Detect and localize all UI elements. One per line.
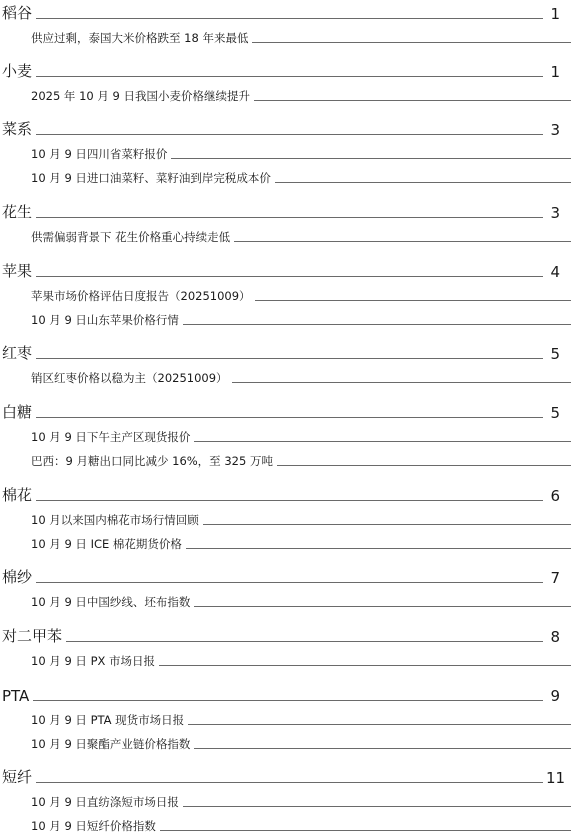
toc-section-heading[interactable]: 花生 3 xyxy=(0,202,572,222)
toc-entry-title: 10 月 9 日进口油菜籽、菜籽油到岸完税成本价 xyxy=(31,170,271,186)
toc-subentry[interactable]: 10 月 9 日进口油菜籽、菜籽油到岸完税成本价 3 xyxy=(0,170,572,186)
toc-entry-page-number: 4 xyxy=(546,263,560,281)
toc-subentry[interactable]: 10 月 9 日 ICE 棉花期货价格 7 xyxy=(0,536,572,552)
toc-section-heading[interactable]: 小麦 1 xyxy=(0,61,572,81)
toc-entry-title: 10 月 9 日下午主产区现货报价 xyxy=(31,429,190,445)
leader-line xyxy=(36,76,543,77)
toc-section-heading[interactable]: PTA 9 xyxy=(0,685,572,705)
toc-entry-title: 销区红枣价格以稳为主（20251009） xyxy=(31,370,228,386)
leader-line xyxy=(36,782,543,783)
toc-subentry[interactable]: 10 月 9 日 PTA 现货市场日报 9 xyxy=(0,712,572,728)
toc-section-heading[interactable]: 白糖 5 xyxy=(0,402,572,422)
leader-line xyxy=(36,18,543,19)
leader-line xyxy=(194,606,571,607)
leader-line xyxy=(36,582,543,583)
toc-entry-title: 短纤 xyxy=(2,766,32,787)
leader-line xyxy=(252,42,571,43)
toc-entry-page-number: 6 xyxy=(546,487,560,505)
toc-subentry[interactable]: 10 月 9 日中国纱线、坯布指数 7 xyxy=(0,594,572,610)
toc-section-heading[interactable]: 棉花 6 xyxy=(0,485,572,505)
toc-entry-title: 2025 年 10 月 9 日我国小麦价格继续提升 xyxy=(31,88,250,104)
toc-entry-title: 10 月 9 日直纺涤短市场日报 xyxy=(31,794,179,810)
toc-subentry[interactable]: 10 月 9 日 PX 市场日报 8 xyxy=(0,653,572,669)
toc-subentry[interactable]: 巴西：9 月糖出口同比减少 16%，至 325 万吨 5 xyxy=(0,453,572,469)
toc-entry-title: 10 月 9 日 PX 市场日报 xyxy=(31,653,155,669)
toc-entry-title: 对二甲苯 xyxy=(2,625,62,646)
toc-section-heading[interactable]: 棉纱 7 xyxy=(0,567,572,587)
toc-entry-title: 苹果市场价格评估日度报告（20251009） xyxy=(31,288,251,304)
leader-line xyxy=(203,524,571,525)
leader-line xyxy=(171,158,571,159)
toc-entry-title: 10 月 9 日四川省菜籽报价 xyxy=(31,146,167,162)
leader-line xyxy=(66,641,543,642)
toc-entry-title: 巴西：9 月糖出口同比减少 16%，至 325 万吨 xyxy=(31,453,273,469)
toc-subentry[interactable]: 10 月 9 日下午主产区现货报价 5 xyxy=(0,429,572,445)
toc-entry-title: 红枣 xyxy=(2,342,32,363)
toc-entry-page-number: 9 xyxy=(546,687,560,705)
leader-line xyxy=(33,700,543,701)
leader-line xyxy=(36,500,543,501)
leader-line xyxy=(194,441,571,442)
toc-entry-page-number: 1 xyxy=(546,5,560,23)
toc-entry-title: 供需偏弱背景下 花生价格重心持续走低 xyxy=(31,229,230,245)
toc-entry-title: 10 月以来国内棉花市场行情回顾 xyxy=(31,512,199,528)
toc-entry-title: 10 月 9 日聚酯产业链价格指数 xyxy=(31,736,190,752)
toc-entry-title: 苹果 xyxy=(2,260,32,281)
toc-entry-title: 棉纱 xyxy=(2,566,32,587)
toc-entry-title: 棉花 xyxy=(2,484,32,505)
leader-line xyxy=(159,665,571,666)
toc-section-heading[interactable]: 短纤 11 xyxy=(0,767,572,787)
toc-entry-title: 10 月 9 日 PTA 现货市场日报 xyxy=(31,712,184,728)
toc-subentry[interactable]: 供需偏弱背景下 花生价格重心持续走低 3 xyxy=(0,229,572,245)
toc-section-heading[interactable]: 菜系 3 xyxy=(0,119,572,139)
toc-section-heading[interactable]: 苹果 4 xyxy=(0,261,572,281)
leader-line xyxy=(183,324,571,325)
toc-entry-title: 10 月 9 日中国纱线、坯布指数 xyxy=(31,594,190,610)
toc-entry-title: 菜系 xyxy=(2,118,32,139)
toc-section-heading[interactable]: 红枣 5 xyxy=(0,343,572,363)
toc-subentry[interactable]: 10 月 9 日直纺涤短市场日报 11 xyxy=(0,794,572,810)
toc-entry-page-number: 11 xyxy=(546,769,560,787)
toc-entry-page-number: 5 xyxy=(546,404,560,422)
leader-line xyxy=(194,748,571,749)
toc-subentry[interactable]: 销区红枣价格以稳为主（20251009） 5 xyxy=(0,370,572,386)
leader-line xyxy=(188,724,571,725)
toc-entry-page-number: 8 xyxy=(546,628,560,646)
toc-entry-page-number: 1 xyxy=(546,63,560,81)
leader-line xyxy=(234,241,571,242)
leader-line xyxy=(275,182,571,183)
toc-entry-title: 10 月 9 日短纤价格指数 xyxy=(31,818,156,834)
toc-entry-title: 10 月 9 日山东苹果价格行情 xyxy=(31,312,179,328)
leader-line xyxy=(36,217,543,218)
leader-line xyxy=(254,100,571,101)
toc-entry-title: 10 月 9 日 ICE 棉花期货价格 xyxy=(31,536,182,552)
leader-line xyxy=(36,134,543,135)
toc-subentry[interactable]: 10 月 9 日聚酯产业链价格指数 10 xyxy=(0,736,572,752)
toc-section-heading[interactable]: 稻谷 1 xyxy=(0,3,572,23)
toc-entry-page-number: 3 xyxy=(546,121,560,139)
leader-line xyxy=(36,276,543,277)
toc-subentry[interactable]: 10 月 9 日短纤价格指数 11 xyxy=(0,818,572,834)
toc-entry-title: 稻谷 xyxy=(2,2,32,23)
toc-subentry[interactable]: 10 月 9 日四川省菜籽报价 3 xyxy=(0,146,572,162)
toc-entry-page-number: 7 xyxy=(546,569,560,587)
leader-line xyxy=(277,465,571,466)
toc-entry-title: 花生 xyxy=(2,201,32,222)
toc-subentry[interactable]: 苹果市场价格评估日度报告（20251009） 4 xyxy=(0,288,572,304)
leader-line xyxy=(36,417,543,418)
toc-subentry[interactable]: 供应过剩，泰国大米价格跌至 18 年来最低 1 xyxy=(0,30,572,46)
toc-entry-page-number: 5 xyxy=(546,345,560,363)
toc-entry-title: 小麦 xyxy=(2,60,32,81)
leader-line xyxy=(232,382,571,383)
leader-line xyxy=(183,806,571,807)
toc-subentry[interactable]: 10 月 9 日山东苹果价格行情 4 xyxy=(0,312,572,328)
toc-entry-title: 供应过剩，泰国大米价格跌至 18 年来最低 xyxy=(31,30,248,46)
table-of-contents: 稻谷 1 供应过剩，泰国大米价格跌至 18 年来最低 1 小麦 1 2025 年… xyxy=(0,0,572,838)
toc-entry-page-number: 3 xyxy=(546,204,560,222)
leader-line xyxy=(36,358,543,359)
toc-section-heading[interactable]: 对二甲苯 8 xyxy=(0,626,572,646)
leader-line xyxy=(186,548,571,549)
leader-line xyxy=(255,300,571,301)
toc-subentry[interactable]: 10 月以来国内棉花市场行情回顾 6 xyxy=(0,512,572,528)
leader-line xyxy=(160,830,571,831)
toc-subentry[interactable]: 2025 年 10 月 9 日我国小麦价格继续提升 1 xyxy=(0,88,572,104)
toc-entry-title: PTA xyxy=(2,687,29,705)
toc-entry-title: 白糖 xyxy=(2,401,32,422)
